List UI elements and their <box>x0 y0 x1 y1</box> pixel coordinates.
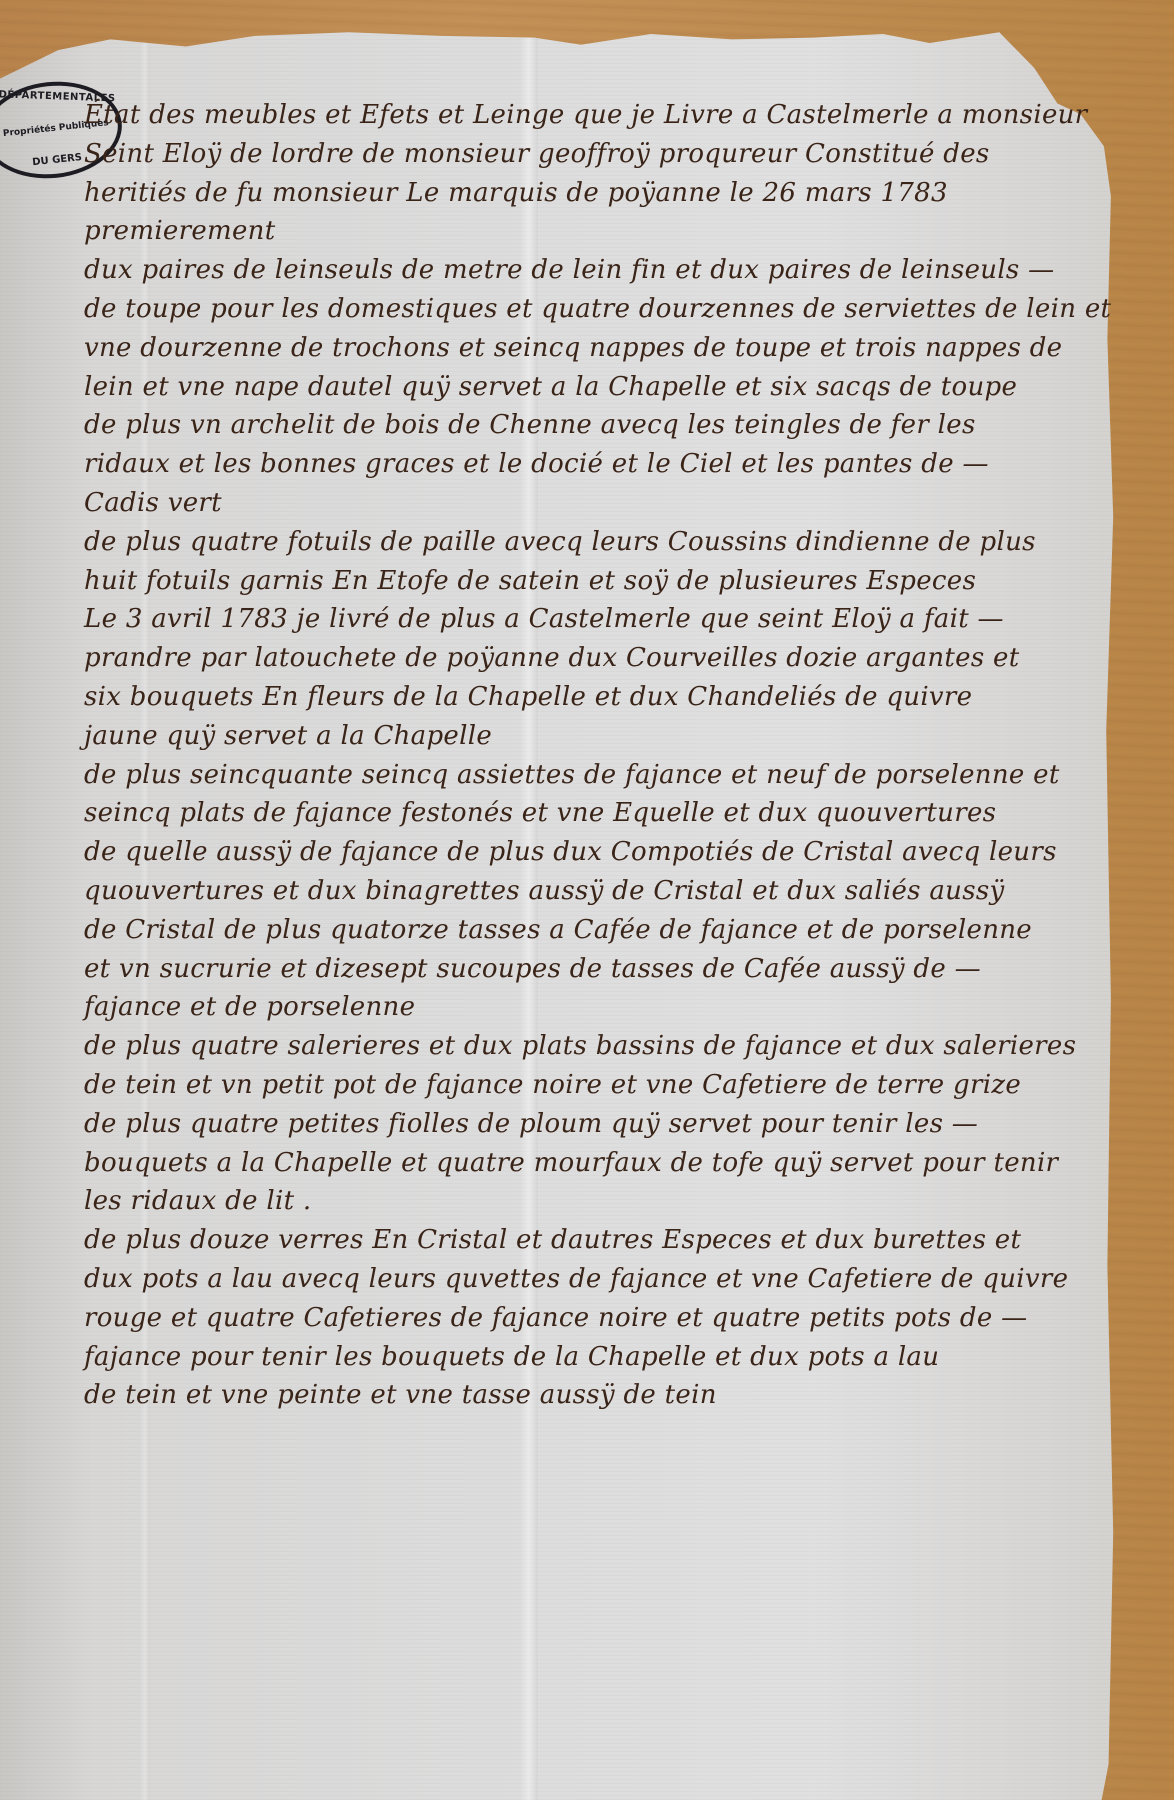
text-line: Seint Eloÿ de lordre de monsieur geoffro… <box>84 135 1124 174</box>
text-line: et vn sucrurie et dizesept sucoupes de t… <box>84 950 1124 989</box>
text-line: de Cristal de plus quatorze tasses a Caf… <box>84 911 1124 950</box>
text-line: lein et vne nape dautel quÿ servet a la … <box>84 368 1124 407</box>
text-line: de tein et vn petit pot de fajance noire… <box>84 1066 1124 1105</box>
text-line: rouge et quatre Cafetieres de fajance no… <box>84 1299 1124 1338</box>
text-line: jaune quÿ servet a la Chapelle <box>84 717 1124 756</box>
text-line: de plus vn archelit de bois de Chenne av… <box>84 406 1124 445</box>
text-line: dux pots a lau avecq leurs quvettes de f… <box>84 1260 1124 1299</box>
text-line: vne dourzenne de trochons et seincq napp… <box>84 329 1124 368</box>
text-line: Cadis vert <box>84 484 1124 523</box>
text-line: de plus quatre salerieres et dux plats b… <box>84 1027 1124 1066</box>
text-line: de plus seincquante seincq assiettes de … <box>84 756 1124 795</box>
text-line: six bouquets En fleurs de la Chapelle et… <box>84 678 1124 717</box>
text-line: seincq plats de fajance festonés et vne … <box>84 794 1124 833</box>
text-line: ridaux et les bonnes graces et le docié … <box>84 445 1124 484</box>
text-line: de plus quatre fotuils de paille avecq l… <box>84 523 1124 562</box>
text-line: prandre par latouchete de poÿanne dux Co… <box>84 639 1124 678</box>
manuscript-text: État des meubles et Efets et Leinge que … <box>84 96 1124 1415</box>
text-line: fajance pour tenir les bouquets de la Ch… <box>84 1338 1124 1377</box>
text-line: fajance et de porselenne <box>84 988 1124 1027</box>
title-line: État des meubles et Efets et Leinge que … <box>84 96 1124 135</box>
text-line: de plus douze verres En Cristal et dautr… <box>84 1221 1124 1260</box>
text-line: de quelle aussÿ de fajance de plus dux C… <box>84 833 1124 872</box>
text-line: de tein et vne peinte et vne tasse aussÿ… <box>84 1376 1124 1415</box>
text-line: quouvertures et dux binagrettes aussÿ de… <box>84 872 1124 911</box>
text-line: heritiés de fu monsieur Le marquis de po… <box>84 174 1124 213</box>
text-line: dux paires de leinseuls de metre de lein… <box>84 251 1124 290</box>
text-line: de toupe pour les domestiques et quatre … <box>84 290 1124 329</box>
text-line: huit fotuils garnis En Etofe de satein e… <box>84 562 1124 601</box>
text-line: bouquets a la Chapelle et quatre mourfau… <box>84 1144 1124 1183</box>
text-line: de plus quatre petites fiolles de ploum … <box>84 1105 1124 1144</box>
text-line: Le 3 avril 1783 je livré de plus a Caste… <box>84 600 1124 639</box>
section-heading: premierement <box>84 212 1124 251</box>
text-line: les ridaux de lit . <box>84 1182 1124 1221</box>
